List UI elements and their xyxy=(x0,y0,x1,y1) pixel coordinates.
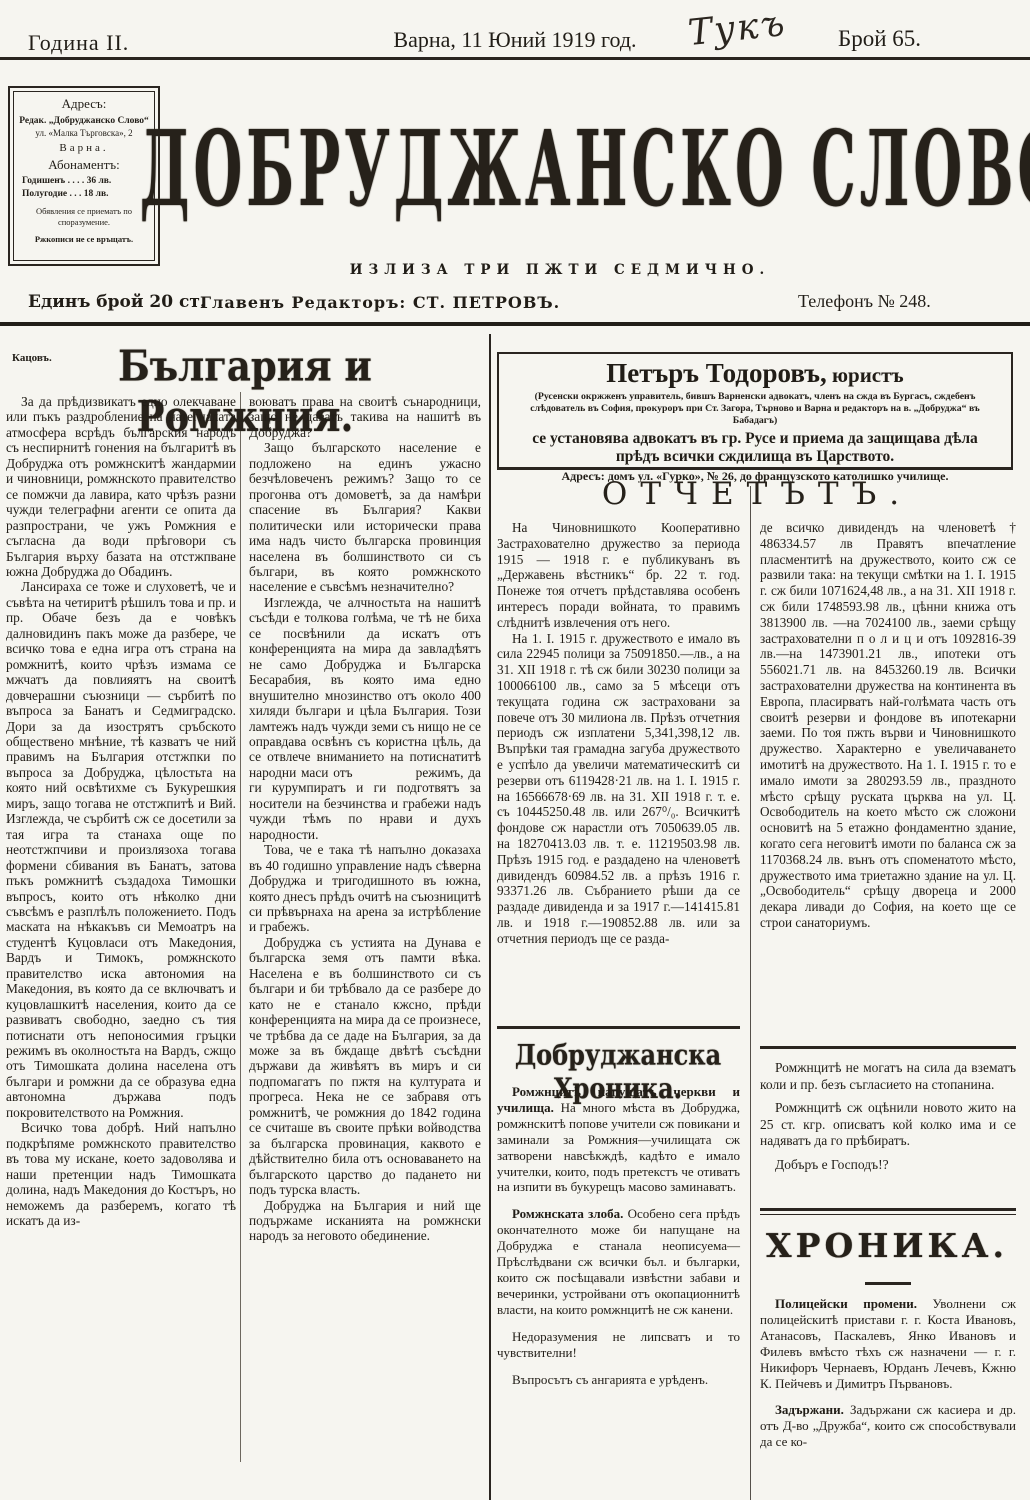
address-heading: Адресъ: xyxy=(18,96,150,113)
item-text: Особено сега прѣдъ окончателното може би… xyxy=(497,1206,740,1316)
notes-column: Ромжнцитѣ не могатъ на сила да взематъ к… xyxy=(760,1060,1016,1181)
item-text: Недоразумения не липсватъ и то чувствите… xyxy=(497,1329,740,1360)
ad-title-line: Петъръ Тодоровъ, юристъ xyxy=(499,358,1011,389)
subscription-heading: Абонаментъ: xyxy=(18,157,150,174)
lead-col2-p4: Това, че е така тѣ напълно доказаха въ 4… xyxy=(249,842,481,935)
note-item: Добъръ е Господъ!? xyxy=(760,1157,1016,1174)
chronicle-title-dash xyxy=(865,1282,911,1285)
lead-column-1: За да прѣдизвикатъ едно олекчаване или п… xyxy=(6,394,236,1228)
newspaper-title: ДОБРУДЖАНСКО СЛОВО xyxy=(140,109,1030,231)
item-lead: Полицейски промени. xyxy=(775,1296,917,1311)
masthead-info-box: Адресъ: Редак. „Добруджанско Слово“ ул. … xyxy=(8,86,160,266)
lead-col2-p2: Защо българското население е подложено н… xyxy=(249,440,481,595)
ad-body-text: се установява адвокатъ въ гр. Русе и при… xyxy=(513,430,997,466)
manuscripts-note: Ржкописи не се връщатъ. xyxy=(18,234,150,245)
column-divider-right xyxy=(750,486,751,1500)
item-lead: Задържани. xyxy=(775,1402,844,1417)
handwritten-note: Тукъ xyxy=(686,3,788,54)
address-line2: ул. «Малка Търговска», 2 xyxy=(18,128,150,140)
note-item: Ромжнцитѣ сж оцѣнили новото жито на 25 с… xyxy=(760,1100,1016,1150)
chronicle-dobrudja-item: Ромжнцитѣ напущатъ черкви и училища. На … xyxy=(497,1084,740,1195)
chronicle-item: Задържани. Задържани сж касиера и др. от… xyxy=(760,1402,1016,1450)
ad-lawyer-role: юристъ xyxy=(827,363,904,387)
dateline: Варна, 11 Юний 1919 год. xyxy=(300,27,730,53)
report-col2-p1: де всичко дивидендъ на членоветѣ † 48633… xyxy=(760,520,1016,931)
lead-col1-p1: За да прѣдизвикатъ едно олекчаване или п… xyxy=(6,394,236,579)
year-label: Година II. xyxy=(28,30,129,56)
report-col1-p1: На Чиновнишкото Кооперативно Застраховат… xyxy=(497,520,740,631)
chronicle-column: Полицейски промени. Уволнени сж полицейс… xyxy=(760,1296,1016,1461)
notes-rule xyxy=(760,1046,1016,1049)
report-column-2: де всичко дивидендъ на членоветѣ † 48633… xyxy=(760,520,1016,931)
address-line1: Редак. „Добруджанско Слово“ xyxy=(18,115,150,127)
lead-col1-p3: Всичко това добрѣ. Ний напълно подкрѣпям… xyxy=(6,1120,236,1228)
center-divider xyxy=(489,334,491,1500)
subscription-annual: Годишенъ . . . . 36 лв. xyxy=(22,175,150,187)
issue-number: Брой 65. xyxy=(838,26,921,52)
price-label: Единъ брой 20 ст. xyxy=(28,292,206,312)
chronicle-dobrudja-item: Ромжнската злоба. Особено сега прѣдъ око… xyxy=(497,1206,740,1317)
ads-note: Обявления се приематъ по споразумение. xyxy=(18,206,150,228)
editor-label: Главенъ Редакторъ: СТ. ПЕТРОВЪ. xyxy=(200,293,560,312)
lawyer-ad-box: Петъръ Тодоровъ, юристъ (Русенски окржже… xyxy=(497,352,1013,470)
masthead-rule xyxy=(0,322,1030,326)
chronicle-dobrudja-item: Въпросътъ съ ангарията е урѣденъ. xyxy=(497,1372,740,1388)
phone-label: Телефонъ № 248. xyxy=(798,291,931,312)
chronicle-dobrudja-item: Недоразумения не липсватъ и то чувствите… xyxy=(497,1329,740,1361)
lead-col2-p1: воюватъ права на своитѣ сънародници, защ… xyxy=(249,394,481,440)
masthead: ДОБРУДЖАНСКО СЛОВО xyxy=(185,76,1025,264)
lead-col2-p5: Добруджа съ устията на Дунава е българск… xyxy=(249,935,481,1198)
header-rule xyxy=(0,57,1030,60)
lead-col2-p6: Добруджа на България и ний ще подържаме … xyxy=(249,1198,481,1244)
address-line3: Варна. xyxy=(18,141,150,155)
chronicle-double-rule xyxy=(760,1208,1016,1215)
newspaper-page: Година II. Варна, 11 Юний 1919 год. Тукъ… xyxy=(0,0,1030,1500)
ad-lawyer-name: Петъръ Тодоровъ, xyxy=(606,358,826,388)
report-column-1: На Чиновнишкото Кооперативно Застраховат… xyxy=(497,520,740,947)
ad-credentials: (Русенски окржженъ управитель, бившъ Вар… xyxy=(509,391,1001,427)
chronicle-dobrudja-rule xyxy=(497,1026,740,1029)
subscription-halfyear: Полугодие . . . 18 лв. xyxy=(22,188,150,200)
lead-column-2: воюватъ права на своитѣ сънародници, защ… xyxy=(249,394,481,1244)
column-divider-left xyxy=(240,392,241,1462)
report-col1-p2: На 1. I. 1915 г. дружеството е имало въ … xyxy=(497,631,740,947)
lead-col2-p3: Изглежда, че алчностьта на нашитѣ съсѣди… xyxy=(249,595,481,842)
item-text: Въпросътъ съ ангарията е урѣденъ. xyxy=(512,1372,708,1387)
frequency-line: ИЗЛИЗА ТРИ ПЖТИ СЕДМИЧНО. xyxy=(330,262,790,278)
lead-col1-p2: Лансираха се тоже и слуховетѣ, че и съвѣ… xyxy=(6,579,236,1120)
chronicle-title: ХРОНИКА. xyxy=(758,1226,1016,1265)
report-title: ОТЧЕТЪТЪ. xyxy=(497,476,1017,512)
chronicle-item: Полицейски промени. Уволнени сж полицейс… xyxy=(760,1296,1016,1391)
chronicle-dobrudja-column: Ромжнцитѣ напущатъ черкви и училища. На … xyxy=(497,1084,740,1398)
note-item: Ромжнцитѣ не могатъ на сила да взематъ к… xyxy=(760,1060,1016,1093)
item-lead: Ромжнската злоба. xyxy=(512,1206,623,1221)
